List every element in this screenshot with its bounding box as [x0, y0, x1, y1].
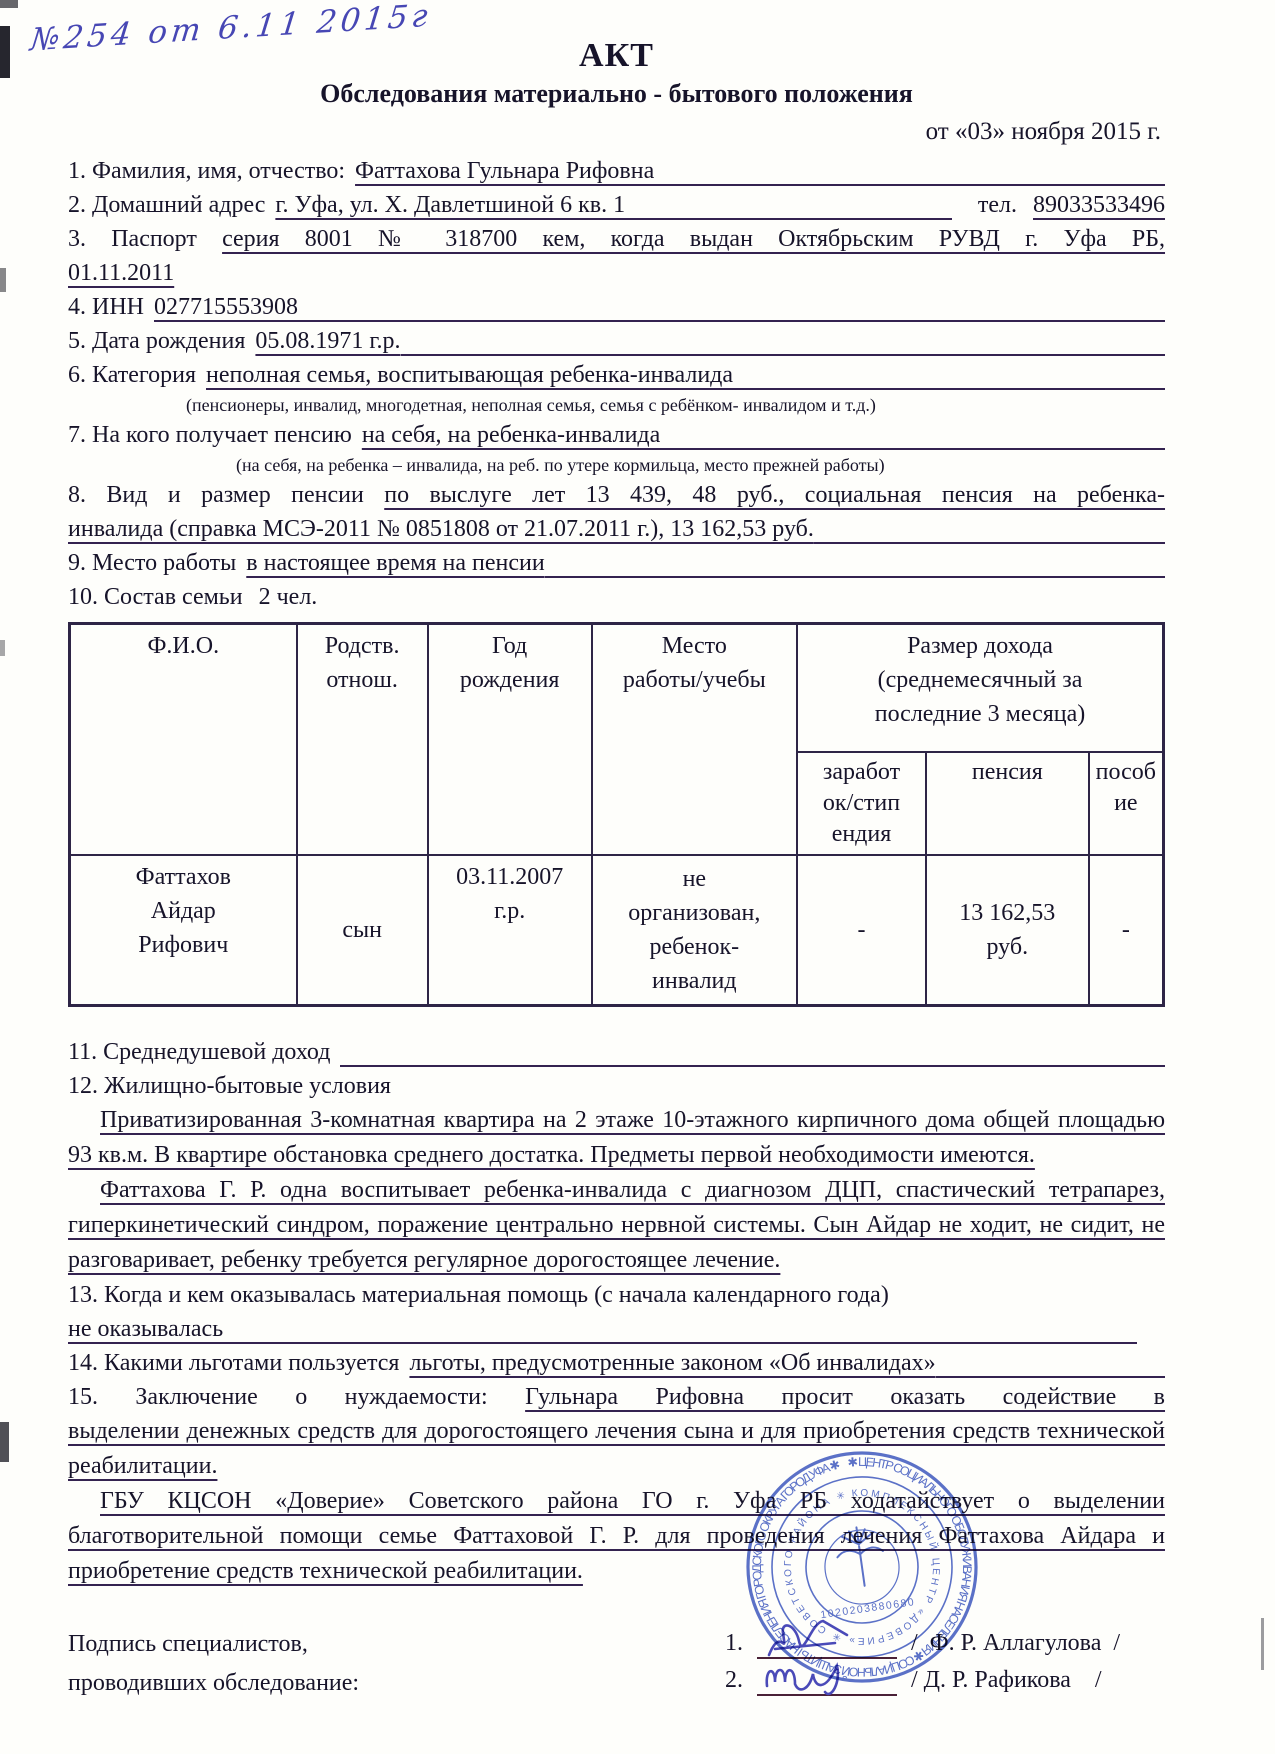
field-birth-date-label: 5. Дата рождения — [68, 324, 245, 358]
field-category-hint: (пенсионеры, инвалид, многодетная, непол… — [68, 392, 1165, 418]
field-category-label: 6. Категория — [68, 358, 196, 392]
signature-name-1: / Ф. Р. Аллагулова / — [911, 1625, 1120, 1662]
table-header-income-group: Размер дохода (среднемесячный за последн… — [797, 624, 1163, 753]
field-category-value: неполная семья, воспитывающая ребенка-ин… — [206, 358, 733, 392]
form-fields-bottom: 11. Среднедушевой доход 12. Жилищно-быто… — [68, 1035, 1165, 1589]
conclusion-paragraph: выделении денежных средств для дорогосто… — [68, 1414, 1165, 1484]
field-phone-value: 89033533496 — [1033, 188, 1165, 222]
scanned-document-page: №254 от 6.11 2015г АКТ Обследования мате… — [0, 0, 1275, 1754]
signature-row-2-number: 2. — [725, 1662, 757, 1699]
field-family-size: 10. Состав семьи 2 чел. — [68, 580, 1165, 614]
signature-caption-line1: Подпись специалистов, — [68, 1625, 359, 1664]
field-benefits-value: льготы, предусмотренные законом «Об инва… — [409, 1346, 935, 1380]
field-pension-recipient-value: на себя, на ребенка-инвалида — [362, 418, 660, 452]
table-header-pension: пенсия — [926, 752, 1089, 855]
table-header-birth-year: Год рождения — [428, 624, 592, 856]
signature-block: Подпись специалистов, проводивших обслед… — [68, 1625, 1165, 1703]
blank-underline — [625, 218, 952, 220]
row-cell-pension: 13 162,53 руб. — [926, 855, 1089, 1006]
row-cell-work-place: не организован, ребенок- инвалид — [592, 855, 797, 1006]
signature-line-2 — [757, 1664, 897, 1696]
signature-rows: 1. / Ф. Р. Аллагулова / 2. — [725, 1625, 1165, 1703]
row-cell-salary: - — [797, 855, 926, 1006]
field-pension-size-value2: инвалида (справка МСЭ-2011 № 0851808 от … — [68, 512, 814, 546]
handwritten-signature-2 — [761, 1652, 871, 1704]
living-conditions-paragraph-1: Приватизированная 3-комнатная квартира н… — [68, 1103, 1165, 1173]
field-material-aid-value: не оказывалась — [68, 1312, 223, 1346]
family-members-table: Ф.И.О. Родств. отнош. Год рождения Место… — [68, 622, 1165, 1007]
petition-text: ГБУ КЦСОН «Доверие» Советского района ГО… — [68, 1488, 1165, 1584]
field-living-conditions-label: 12. Жилищно-бытовые условия — [68, 1069, 1165, 1103]
field-home-address: 2. Домашний адрес г. Уфа, ул. Х. Давлетш… — [68, 188, 1165, 222]
signature-caption: Подпись специалистов, проводивших обслед… — [68, 1625, 359, 1703]
blank-underline — [660, 448, 1165, 450]
scan-artifact — [0, 640, 5, 656]
table-header-fio: Ф.И.О. — [70, 624, 297, 856]
field-benefits: 14. Какими льготами пользуется льготы, п… — [68, 1346, 1165, 1380]
table-header-benefit: пособ ие — [1089, 752, 1164, 855]
field-pension-size-line1: 8. Вид и размер пенсии по выслуге лет 13… — [68, 478, 1165, 512]
field-family-size-value: 2 чел. — [259, 584, 318, 610]
form-fields: 1. Фамилия, имя, отчество: Фаттахова Гул… — [68, 154, 1165, 614]
blank-underline — [401, 354, 1165, 356]
field-conclusion-label: 15. Заключение о нуждаемости: — [68, 1384, 488, 1410]
blank-underline — [298, 320, 1165, 322]
signature-caption-line2: проводивших обследование: — [68, 1664, 359, 1703]
field-pension-size-label: 8. Вид и размер пенсии — [68, 482, 364, 508]
living-conditions-paragraph-2: Фаттахова Г. Р. одна воспитывает ребенка… — [68, 1173, 1165, 1278]
field-birth-date: 5. Дата рождения 05.08.1971 г.р. — [68, 324, 1165, 358]
field-full-name: 1. Фамилия, имя, отчество: Фаттахова Гул… — [68, 154, 1165, 188]
field-family-size-label: 10. Состав семьи — [68, 584, 243, 610]
scan-artifact — [0, 0, 18, 8]
field-pension-recipient-hint: (на себя, на ребенка – инвалида, на реб.… — [68, 452, 1165, 478]
field-work-place: 9. Место работы в настоящее время на пен… — [68, 546, 1165, 580]
field-home-address-label: 2. Домашний адрес — [68, 188, 265, 222]
field-conclusion-line1: 15. Заключение о нуждаемости: Гульнара Р… — [68, 1380, 1165, 1414]
blank-underline — [223, 1342, 1137, 1344]
row-cell-relation: сын — [297, 855, 428, 1006]
field-inn-label: 4. ИНН — [68, 290, 144, 324]
scan-artifact — [0, 1422, 9, 1462]
field-pension-size-line2: инвалида (справка МСЭ-2011 № 0851808 от … — [68, 512, 1165, 546]
field-material-aid-label: 13. Когда и кем оказывалась материальная… — [68, 1278, 1165, 1312]
field-work-place-value: в настоящее время на пенсии — [246, 546, 544, 580]
scan-artifact — [1261, 1618, 1264, 1670]
document-date: от «03» ноября 2015 г. — [68, 112, 1165, 152]
field-inn-value: 027715553908 — [154, 290, 298, 324]
field-passport-date-value: 01.11.2011 — [68, 260, 174, 286]
field-passport-value: серия 8001 № 318700 кем, когда выдан Окт… — [222, 226, 1165, 252]
field-pension-recipient-label: 7. На кого получает пенсию — [68, 418, 352, 452]
field-category: 6. Категория неполная семья, воспитывающ… — [68, 358, 1165, 392]
field-per-capita-income-label: 11. Среднедушевой доход — [68, 1035, 330, 1069]
field-home-address-value: г. Уфа, ул. Х. Давлетшиной 6 кв. 1 — [275, 188, 625, 222]
table-header-salary: заработ ок/стип ендия — [797, 752, 926, 855]
field-full-name-value: Фаттахова Гульнара Рифовна — [355, 154, 654, 188]
field-inn: 4. ИНН 027715553908 — [68, 290, 1165, 324]
conclusion-text: выделении денежных средств для дорогосто… — [68, 1418, 1165, 1479]
field-per-capita-income: 11. Среднедушевой доход — [68, 1035, 1165, 1069]
field-birth-date-value: 05.08.1971 г.р. — [255, 324, 400, 358]
blank-underline — [814, 542, 1165, 544]
signature-row-2: 2. / Д. Р. Рафикова / — [725, 1662, 1165, 1699]
table-header-work-place: Место работы/учебы — [592, 624, 797, 856]
field-conclusion-value1: Гульнара Рифовна просит оказать содейств… — [525, 1384, 1165, 1410]
field-passport-line1: 3. Паспорт серия 8001 № 318700 кем, когд… — [68, 222, 1165, 256]
field-work-place-label: 9. Место работы — [68, 546, 236, 580]
field-material-aid-value-line: не оказывалась — [68, 1312, 1165, 1346]
field-pension-recipient: 7. На кого получает пенсию на себя, на р… — [68, 418, 1165, 452]
blank-underline — [733, 388, 1165, 390]
blank-underline — [340, 1065, 1165, 1067]
blank-underline — [654, 184, 1165, 186]
field-passport-label: 3. Паспорт — [68, 226, 197, 252]
signature-name-2: / Д. Р. Рафикова / — [911, 1662, 1102, 1699]
row-cell-fio: Фаттахов Айдар Рифович — [70, 855, 297, 1006]
field-pension-size-value1: по выслуге лет 13 439, 48 руб., социальн… — [384, 482, 1165, 508]
scan-artifact — [0, 268, 6, 292]
petition-paragraph: ГБУ КЦСОН «Доверие» Советского района ГО… — [68, 1484, 1165, 1589]
living-conditions-text-2: Фаттахова Г. Р. одна воспитывает ребенка… — [68, 1177, 1165, 1273]
field-phone-label: тел. — [978, 188, 1017, 222]
living-conditions-text-1: Приватизированная 3-комнатная квартира н… — [68, 1107, 1165, 1168]
scan-artifact — [0, 26, 10, 78]
blank-underline — [545, 576, 1165, 578]
table-row: Фаттахов Айдар Рифович сын 03.11.2007 г.… — [70, 855, 1164, 1006]
document-subtitle: Обследования материально - бытового поло… — [68, 76, 1165, 112]
blank-underline — [936, 1376, 1165, 1378]
field-passport-line2: 01.11.2011 — [68, 256, 1165, 290]
row-cell-benefit: - — [1089, 855, 1164, 1006]
field-full-name-label: 1. Фамилия, имя, отчество: — [68, 154, 345, 188]
table-header-relation: Родств. отнош. — [297, 624, 428, 856]
row-cell-birth-year: 03.11.2007 г.р. — [428, 855, 592, 1006]
signature-row-1-number: 1. — [725, 1625, 757, 1662]
field-benefits-label: 14. Какими льготами пользуется — [68, 1346, 399, 1380]
